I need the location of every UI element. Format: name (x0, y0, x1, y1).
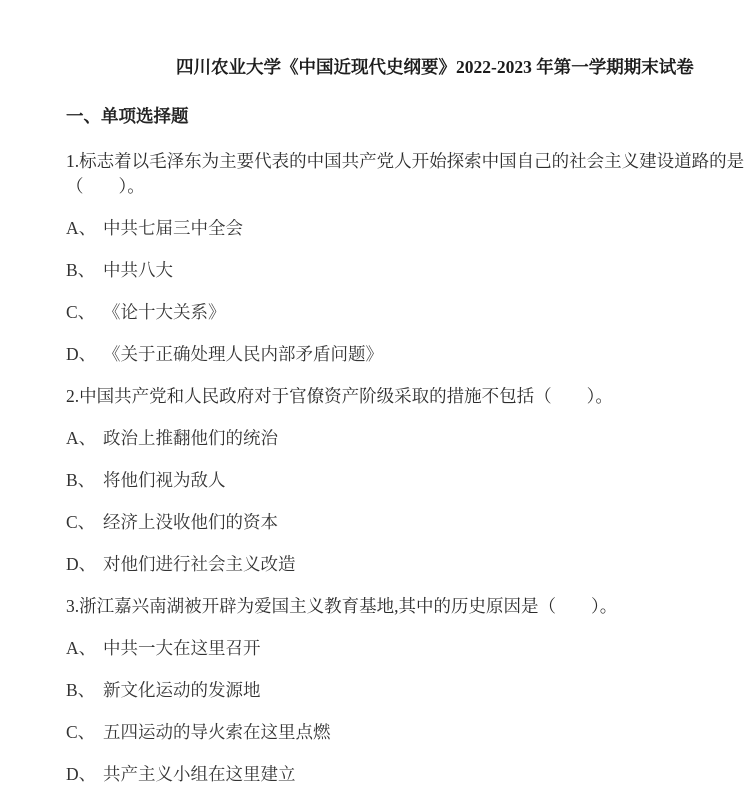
option-text: 《关于正确处理人民内部矛盾问题》 (103, 344, 383, 364)
option-text: 经济上没收他们的资本 (103, 512, 278, 532)
option-row: A、中共七届三中全会 (66, 216, 745, 241)
option-text: 共产主义小组在这里建立 (103, 764, 296, 784)
option-label: C、 (66, 300, 103, 325)
option-label: B、 (66, 258, 103, 283)
option-label: C、 (66, 510, 103, 535)
option-label: A、 (66, 426, 103, 451)
option-text: 对他们进行社会主义改造 (103, 554, 296, 574)
option-text: 中共一大在这里召开 (103, 638, 261, 658)
question-block-1: 1.标志着以毛泽东为主要代表的中国共产党人开始探索中国自己的社会主义建设道路的是… (66, 149, 745, 367)
option-label: A、 (66, 636, 103, 661)
option-row: A、政治上推翻他们的统治 (66, 426, 745, 451)
question-text: 浙江嘉兴南湖被开辟为爱国主义教育基地,其中的历史原因是（ ）。 (79, 596, 617, 616)
option-row: B、将他们视为敌人 (66, 468, 745, 493)
option-label: B、 (66, 678, 103, 703)
question-text: 标志着以毛泽东为主要代表的中国共产党人开始探索中国自己的社会主义建设道路的是（ … (66, 151, 744, 196)
question-stem: 3.浙江嘉兴南湖被开辟为爱国主义教育基地,其中的历史原因是（ ）。 (66, 594, 745, 619)
question-number: 1. (66, 151, 79, 171)
option-row: B、新文化运动的发源地 (66, 678, 745, 703)
option-text: 中共七届三中全会 (103, 218, 243, 238)
question-number: 2. (66, 386, 79, 406)
question-stem: 2.中国共产党和人民政府对于官僚资产阶级采取的措施不包括（ ）。 (66, 384, 745, 409)
option-label: A、 (66, 216, 103, 241)
section-heading: 一、单项选择题 (66, 104, 745, 129)
page-title: 四川农业大学《中国近现代史纲要》2022-2023 年第一学期期末试卷 (176, 56, 745, 78)
option-row: C、《论十大关系》 (66, 300, 745, 325)
exam-paper-page: 四川农业大学《中国近现代史纲要》2022-2023 年第一学期期末试卷 一、单项… (0, 0, 745, 794)
option-label: C、 (66, 720, 103, 745)
option-row: C、经济上没收他们的资本 (66, 510, 745, 535)
option-text: 《论十大关系》 (103, 302, 226, 322)
question-stem: 1.标志着以毛泽东为主要代表的中国共产党人开始探索中国自己的社会主义建设道路的是… (66, 149, 745, 199)
option-text: 中共八大 (103, 260, 173, 280)
question-number: 3. (66, 596, 79, 616)
option-text: 新文化运动的发源地 (103, 680, 261, 700)
option-row: D、对他们进行社会主义改造 (66, 552, 745, 577)
option-text: 政治上推翻他们的统治 (103, 428, 278, 448)
option-row: D、《关于正确处理人民内部矛盾问题》 (66, 342, 745, 367)
option-row: D、共产主义小组在这里建立 (66, 762, 745, 787)
option-label: D、 (66, 552, 103, 577)
option-row: A、中共一大在这里召开 (66, 636, 745, 661)
question-block-3: 3.浙江嘉兴南湖被开辟为爱国主义教育基地,其中的历史原因是（ ）。 A、中共一大… (66, 594, 745, 787)
question-text: 中国共产党和人民政府对于官僚资产阶级采取的措施不包括（ ）。 (79, 386, 613, 406)
option-row: C、五四运动的导火索在这里点燃 (66, 720, 745, 745)
option-label: D、 (66, 762, 103, 787)
option-label: D、 (66, 342, 103, 367)
option-label: B、 (66, 468, 103, 493)
question-block-2: 2.中国共产党和人民政府对于官僚资产阶级采取的措施不包括（ ）。 A、政治上推翻… (66, 384, 745, 577)
option-text: 五四运动的导火索在这里点燃 (103, 722, 331, 742)
option-row: B、中共八大 (66, 258, 745, 283)
option-text: 将他们视为敌人 (103, 470, 226, 490)
